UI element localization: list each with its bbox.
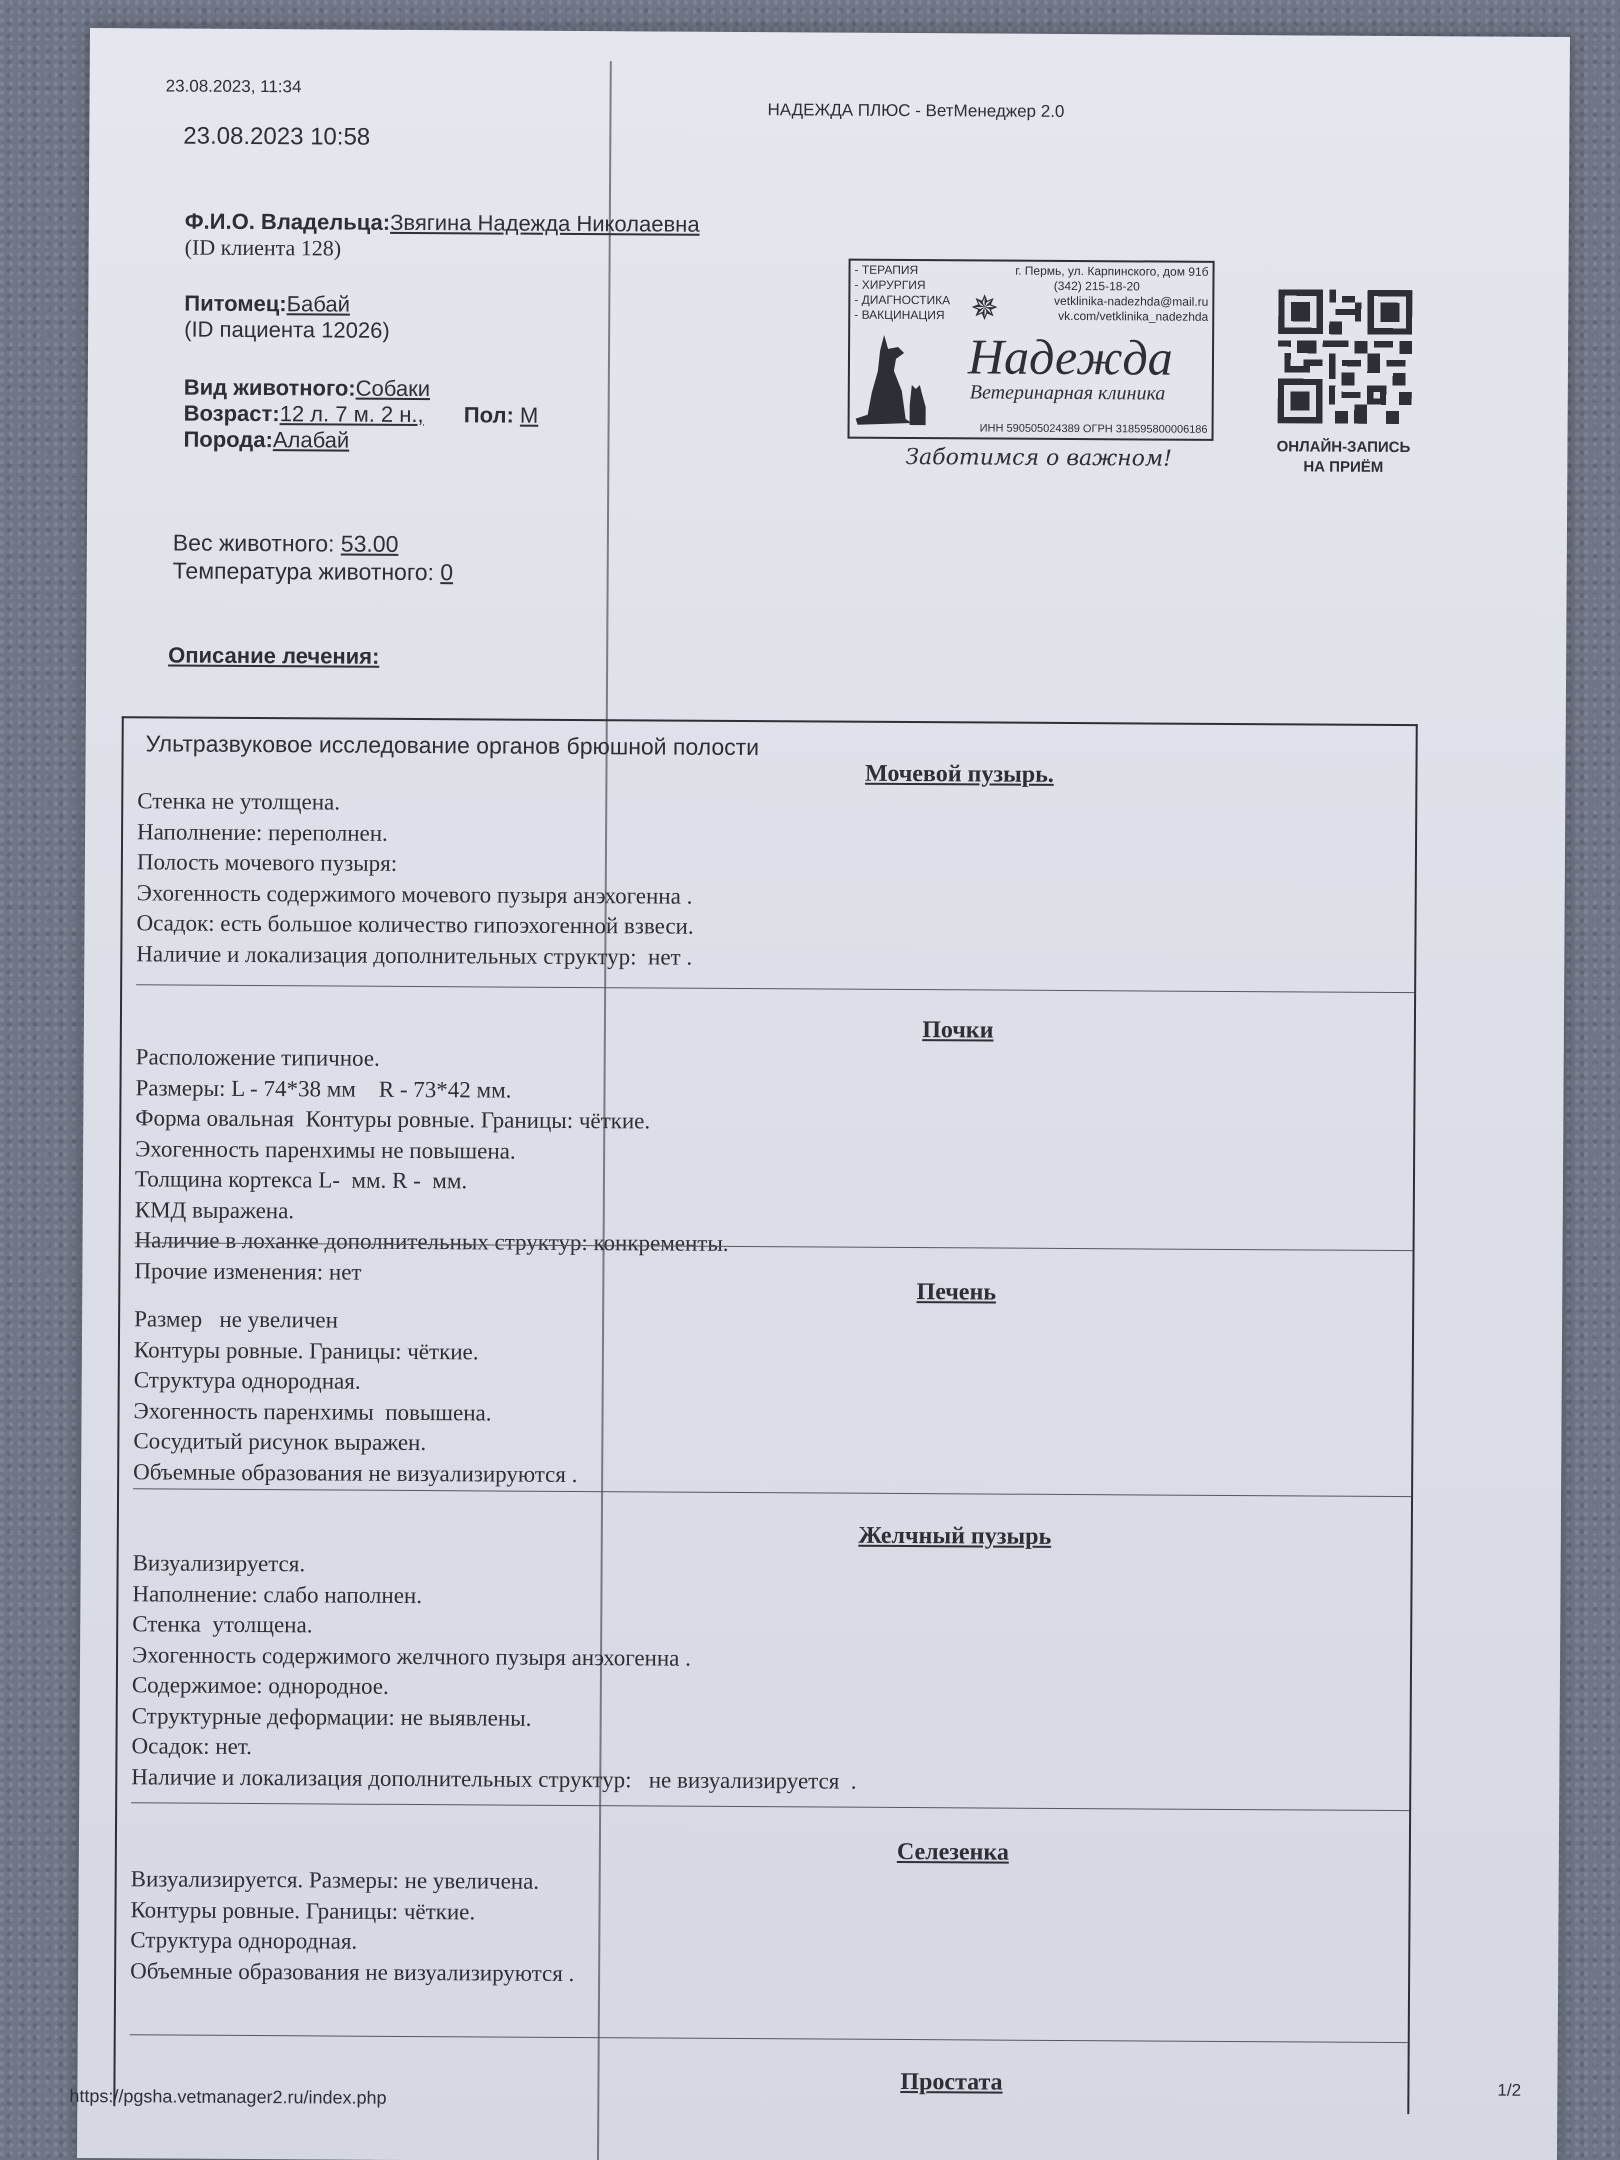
section-divider bbox=[130, 2034, 1408, 2043]
clinic-registration: ИНН 590505024389 ОГРН 318595800006186 bbox=[980, 421, 1208, 437]
clinic-email: vetklinika-nadezhda@mail.ru bbox=[1015, 294, 1208, 310]
clinic-brand-subtitle: Ветеринарная клиника bbox=[970, 385, 1166, 401]
report-section: ПочкиРасположение типичное.Размеры: L - … bbox=[120, 1012, 1414, 1294]
treatment-title: Описание лечения: bbox=[168, 642, 379, 669]
ultrasound-report: Ультразвуковое исследование органов брюш… bbox=[113, 716, 1417, 2114]
age-label: Возраст: bbox=[184, 401, 280, 427]
breed-value: Алабай bbox=[273, 427, 350, 452]
sex-value: М bbox=[520, 403, 538, 428]
species-value: Собаки bbox=[356, 376, 431, 401]
clinic-vk: vk.com/vetklinika_nadezhda bbox=[1015, 309, 1208, 325]
report-section: Желчный пузырьВизуализируется.Наполнение… bbox=[117, 1518, 1411, 1800]
section-lines: Размер не увеличенКонтуры ровные. Границ… bbox=[119, 1304, 1412, 1495]
temperature-label: Температура животного: bbox=[173, 558, 434, 586]
visit-datetime: 23.08.2023 10:58 bbox=[183, 123, 370, 152]
section-lines: Визуализируется. Размеры: не увеличена.К… bbox=[116, 1864, 1409, 1994]
finding-line: Объемные образования не визуализируются … bbox=[130, 1956, 1408, 1994]
pet-details: Вид животного:Собаки Возраст:12 л. 7 м. … bbox=[183, 375, 538, 455]
temperature-value: 0 bbox=[440, 559, 453, 585]
age-value: 12 л. 7 м. 2 н., bbox=[280, 401, 424, 427]
pet-name: Бабай bbox=[287, 291, 350, 316]
section-divider bbox=[136, 984, 1414, 993]
qr-caption: ОНЛАЙН-ЗАПИСЬ НА ПРИЁМ bbox=[1253, 437, 1433, 478]
page-number: 1/2 bbox=[1497, 2081, 1521, 2101]
clinic-address: г. Пермь, ул. Карпинского, дом 91б bbox=[1015, 264, 1208, 280]
print-timestamp: 23.08.2023, 11:34 bbox=[166, 76, 302, 97]
owner-block: Ф.И.О. Владельца:Звягина Надежда Николае… bbox=[185, 209, 700, 264]
service-item: - ТЕРАПИЯ bbox=[854, 263, 950, 279]
clinic-logo: - ТЕРАПИЯ - ХИРУРГИЯ - ДИАГНОСТИКА - ВАК… bbox=[848, 259, 1215, 441]
species-label: Вид животного: bbox=[184, 375, 356, 401]
clinic-slogan: Заботимся о важном! bbox=[905, 445, 1172, 472]
finding-line: Наличие и локализация дополнительных стр… bbox=[131, 1762, 1409, 1800]
printed-document: 23.08.2023, 11:34 НАДЕЖДА ПЛЮС - ВетМене… bbox=[77, 28, 1570, 2160]
clinic-services: - ТЕРАПИЯ - ХИРУРГИЯ - ДИАГНОСТИКА - ВАК… bbox=[854, 263, 950, 324]
patient-id: (ID пациента 12026) bbox=[184, 317, 390, 344]
app-title: НАДЕЖДА ПЛЮС - ВетМенеджер 2.0 bbox=[767, 100, 1064, 122]
dog-cat-silhouette-icon bbox=[854, 331, 935, 431]
weight-label: Вес животного: bbox=[173, 530, 335, 557]
clinic-phone: (342) 215-18-20 bbox=[1015, 279, 1208, 295]
report-section: СелезенкаВизуализируется. Размеры: не ув… bbox=[116, 1834, 1409, 1994]
qr-caption-line: ОНЛАЙН-ЗАПИСЬ bbox=[1253, 437, 1433, 458]
service-item: - ХИРУРГИЯ bbox=[854, 278, 950, 294]
report-sections: Мочевой пузырь.Стенка не утолщена.Наполн… bbox=[124, 718, 1416, 726]
pet-block: Питомец:Бабай (ID пациента 12026) bbox=[184, 291, 390, 344]
star-icon: ✵ bbox=[970, 291, 999, 325]
section-lines: Расположение типичное.Размеры: L - 74*38… bbox=[120, 1042, 1413, 1294]
owner-label: Ф.И.О. Владельца: bbox=[185, 209, 390, 235]
finding-line: Наличие и локализация дополнительных стр… bbox=[136, 939, 1414, 977]
client-id: (ID клиента 128) bbox=[185, 235, 700, 264]
section-divider bbox=[131, 1802, 1409, 1811]
report-section: ПеченьРазмер не увеличенКонтуры ровные. … bbox=[119, 1274, 1412, 1495]
breed-label: Порода: bbox=[183, 427, 273, 453]
report-section: Мочевой пузырь.Стенка не утолщена.Наполн… bbox=[122, 756, 1415, 977]
vitals-block: Вес животного: 53.00 Температура животно… bbox=[173, 529, 454, 587]
section-lines: Визуализируется.Наполнение: слабо наполн… bbox=[117, 1548, 1410, 1800]
service-item: - ВАКЦИНАЦИЯ bbox=[854, 308, 950, 324]
owner-name: Звягина Надежда Николаевна bbox=[390, 210, 700, 237]
qr-caption-line: НА ПРИЁМ bbox=[1253, 457, 1433, 478]
sex-label: Пол: bbox=[464, 402, 514, 427]
clinic-brand: Надежда bbox=[968, 329, 1173, 384]
clinic-contacts: г. Пермь, ул. Карпинского, дом 91б (342)… bbox=[1015, 264, 1209, 325]
section-lines: Стенка не утолщена.Наполнение: переполне… bbox=[122, 786, 1415, 977]
pet-label: Питомец: bbox=[184, 291, 286, 317]
weight-value: 53.00 bbox=[341, 531, 399, 557]
footer-url: https://pgsha.vetmanager2.ru/index.php bbox=[69, 2086, 386, 2109]
qr-code-icon[interactable] bbox=[1278, 289, 1413, 424]
service-item: - ДИАГНОСТИКА bbox=[854, 293, 950, 309]
